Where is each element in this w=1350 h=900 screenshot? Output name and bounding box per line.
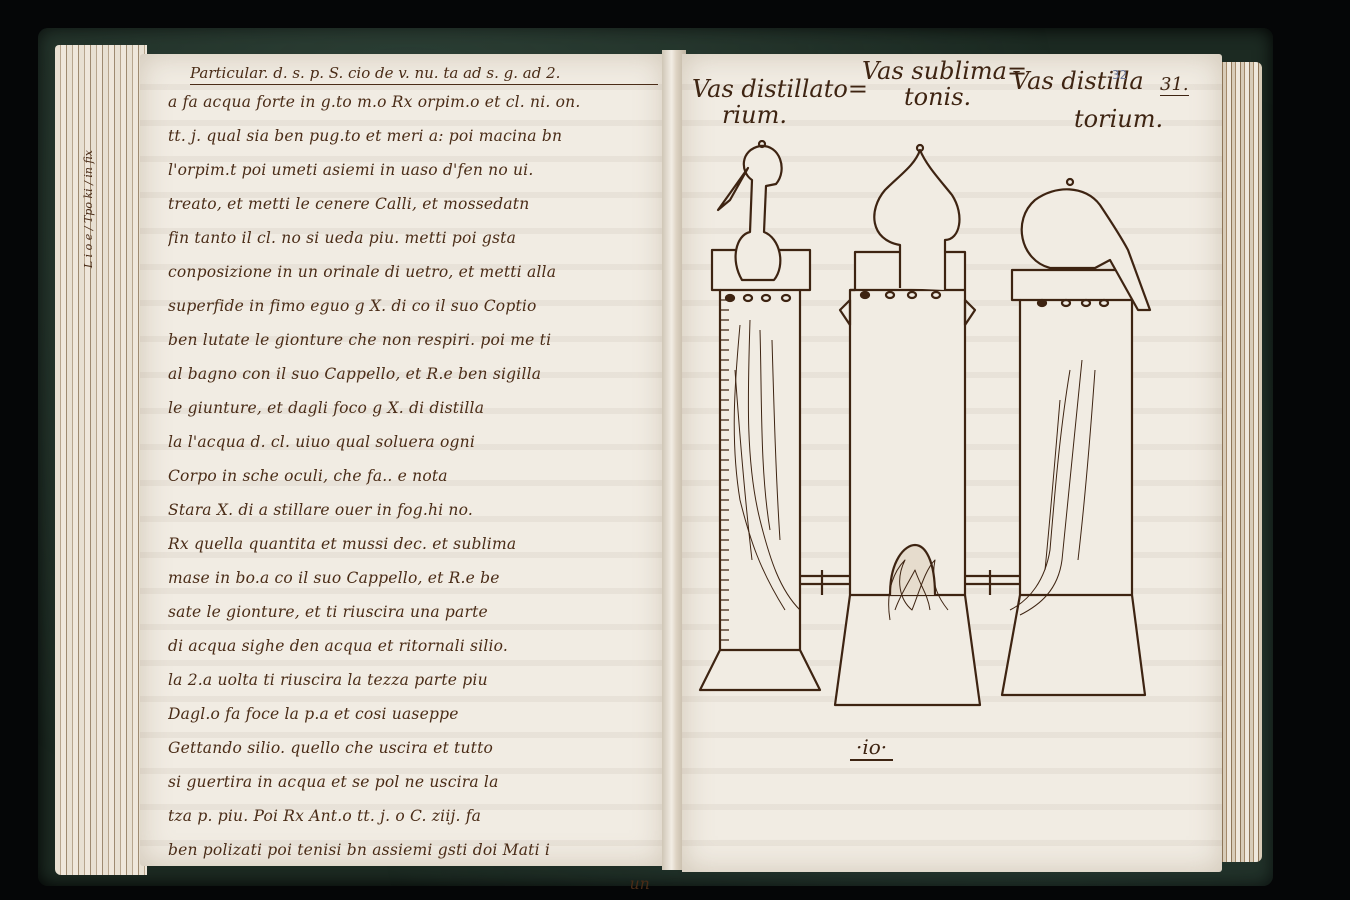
label-line: rium. (722, 102, 868, 128)
text-line: fin tanto il cl. no si ueda piu. metti p… (168, 221, 658, 255)
text-line: l'orpim.t poi umeti asiemi in uaso d'fen… (168, 153, 658, 187)
text-line: la l'acqua d. cl. uiuo qual soluera ogni (168, 425, 658, 459)
text-line: conposizione in un orinale di uetro, et … (168, 255, 658, 289)
text-line: ben polizati poi tenisi bn assiemi gsti … (168, 833, 658, 867)
page-heading: Particular. d. s. p. S. cio de v. nu. ta… (190, 64, 658, 85)
label-line: Vas sublima= (862, 58, 1027, 84)
text-line: tt. j. qual sia ben pug.to et meri a: po… (168, 119, 658, 153)
pencil-folio-number: 32 (1112, 68, 1127, 82)
text-line: Rx quella quantita et mussi dec. et subl… (168, 527, 658, 561)
text-line: le giunture, et dagli foco g X. di disti… (168, 391, 658, 425)
text-line: Gettando silio. quello che uscira et tut… (168, 731, 658, 765)
text-line: treato, et metti le cenere Calli, et mos… (168, 187, 658, 221)
handwritten-text-block: Particular. d. s. p. S. cio de v. nu. ta… (168, 64, 658, 900)
text-line: a fa acqua forte in g.to m.o Rx orpim.o … (168, 85, 658, 119)
label-line: torium. (1074, 106, 1163, 132)
left-page: Particular. d. s. p. S. cio de v. nu. ta… (140, 54, 665, 866)
label-vas-distillatorium-2: Vas distilla torium. (1012, 68, 1163, 132)
text-line: la 2.a uolta ti riuscira la tezza parte … (168, 663, 658, 697)
label-line: tonis. (904, 84, 1027, 110)
text-line: Corpo in sche oculi, che fa.. e nota (168, 459, 658, 493)
label-vas-sublimationis: Vas sublima= tonis. (862, 58, 1027, 110)
text-line: Dagl.o fa foce la p.a et cosi uaseppe (168, 697, 658, 731)
left-page-edges (55, 45, 147, 875)
margin-annotation: L i o e / Tpo ki / in fix (82, 150, 95, 268)
label-line: Vas distillato= (692, 76, 868, 102)
text-line: di acqua sighe den acqua et ritornali si… (168, 629, 658, 663)
folio-number: 31. (1160, 74, 1189, 96)
distillation-apparatus-drawing (690, 140, 1210, 730)
middle-furnace-tower (835, 145, 980, 705)
text-line-catchword: un (168, 867, 658, 900)
label-line: Vas distilla (1012, 68, 1163, 94)
text-line: superfide in fimo eguo g X. di co il suo… (168, 289, 658, 323)
text-line: ben lutate le gionture che non respiri. … (168, 323, 658, 357)
label-vas-distillatorium: Vas distillato= rium. (692, 76, 868, 128)
text-line: al bagno con il suo Cappello, et R.e ben… (168, 357, 658, 391)
text-line: mase in bo.a co il suo Cappello, et R.e … (168, 561, 658, 595)
text-line: Stara X. di a stillare ouer in fog.hi no… (168, 493, 658, 527)
left-furnace-tower (700, 141, 820, 690)
text-line: tza p. piu. Poi Rx Ant.o tt. j. o C. zii… (168, 799, 658, 833)
text-line: sate le gionture, et ti riuscira una par… (168, 595, 658, 629)
text-line: si guertira in acqua et se pol ne uscira… (168, 765, 658, 799)
right-furnace-tower (1002, 179, 1150, 695)
figure-caption: ·io· (850, 735, 893, 761)
